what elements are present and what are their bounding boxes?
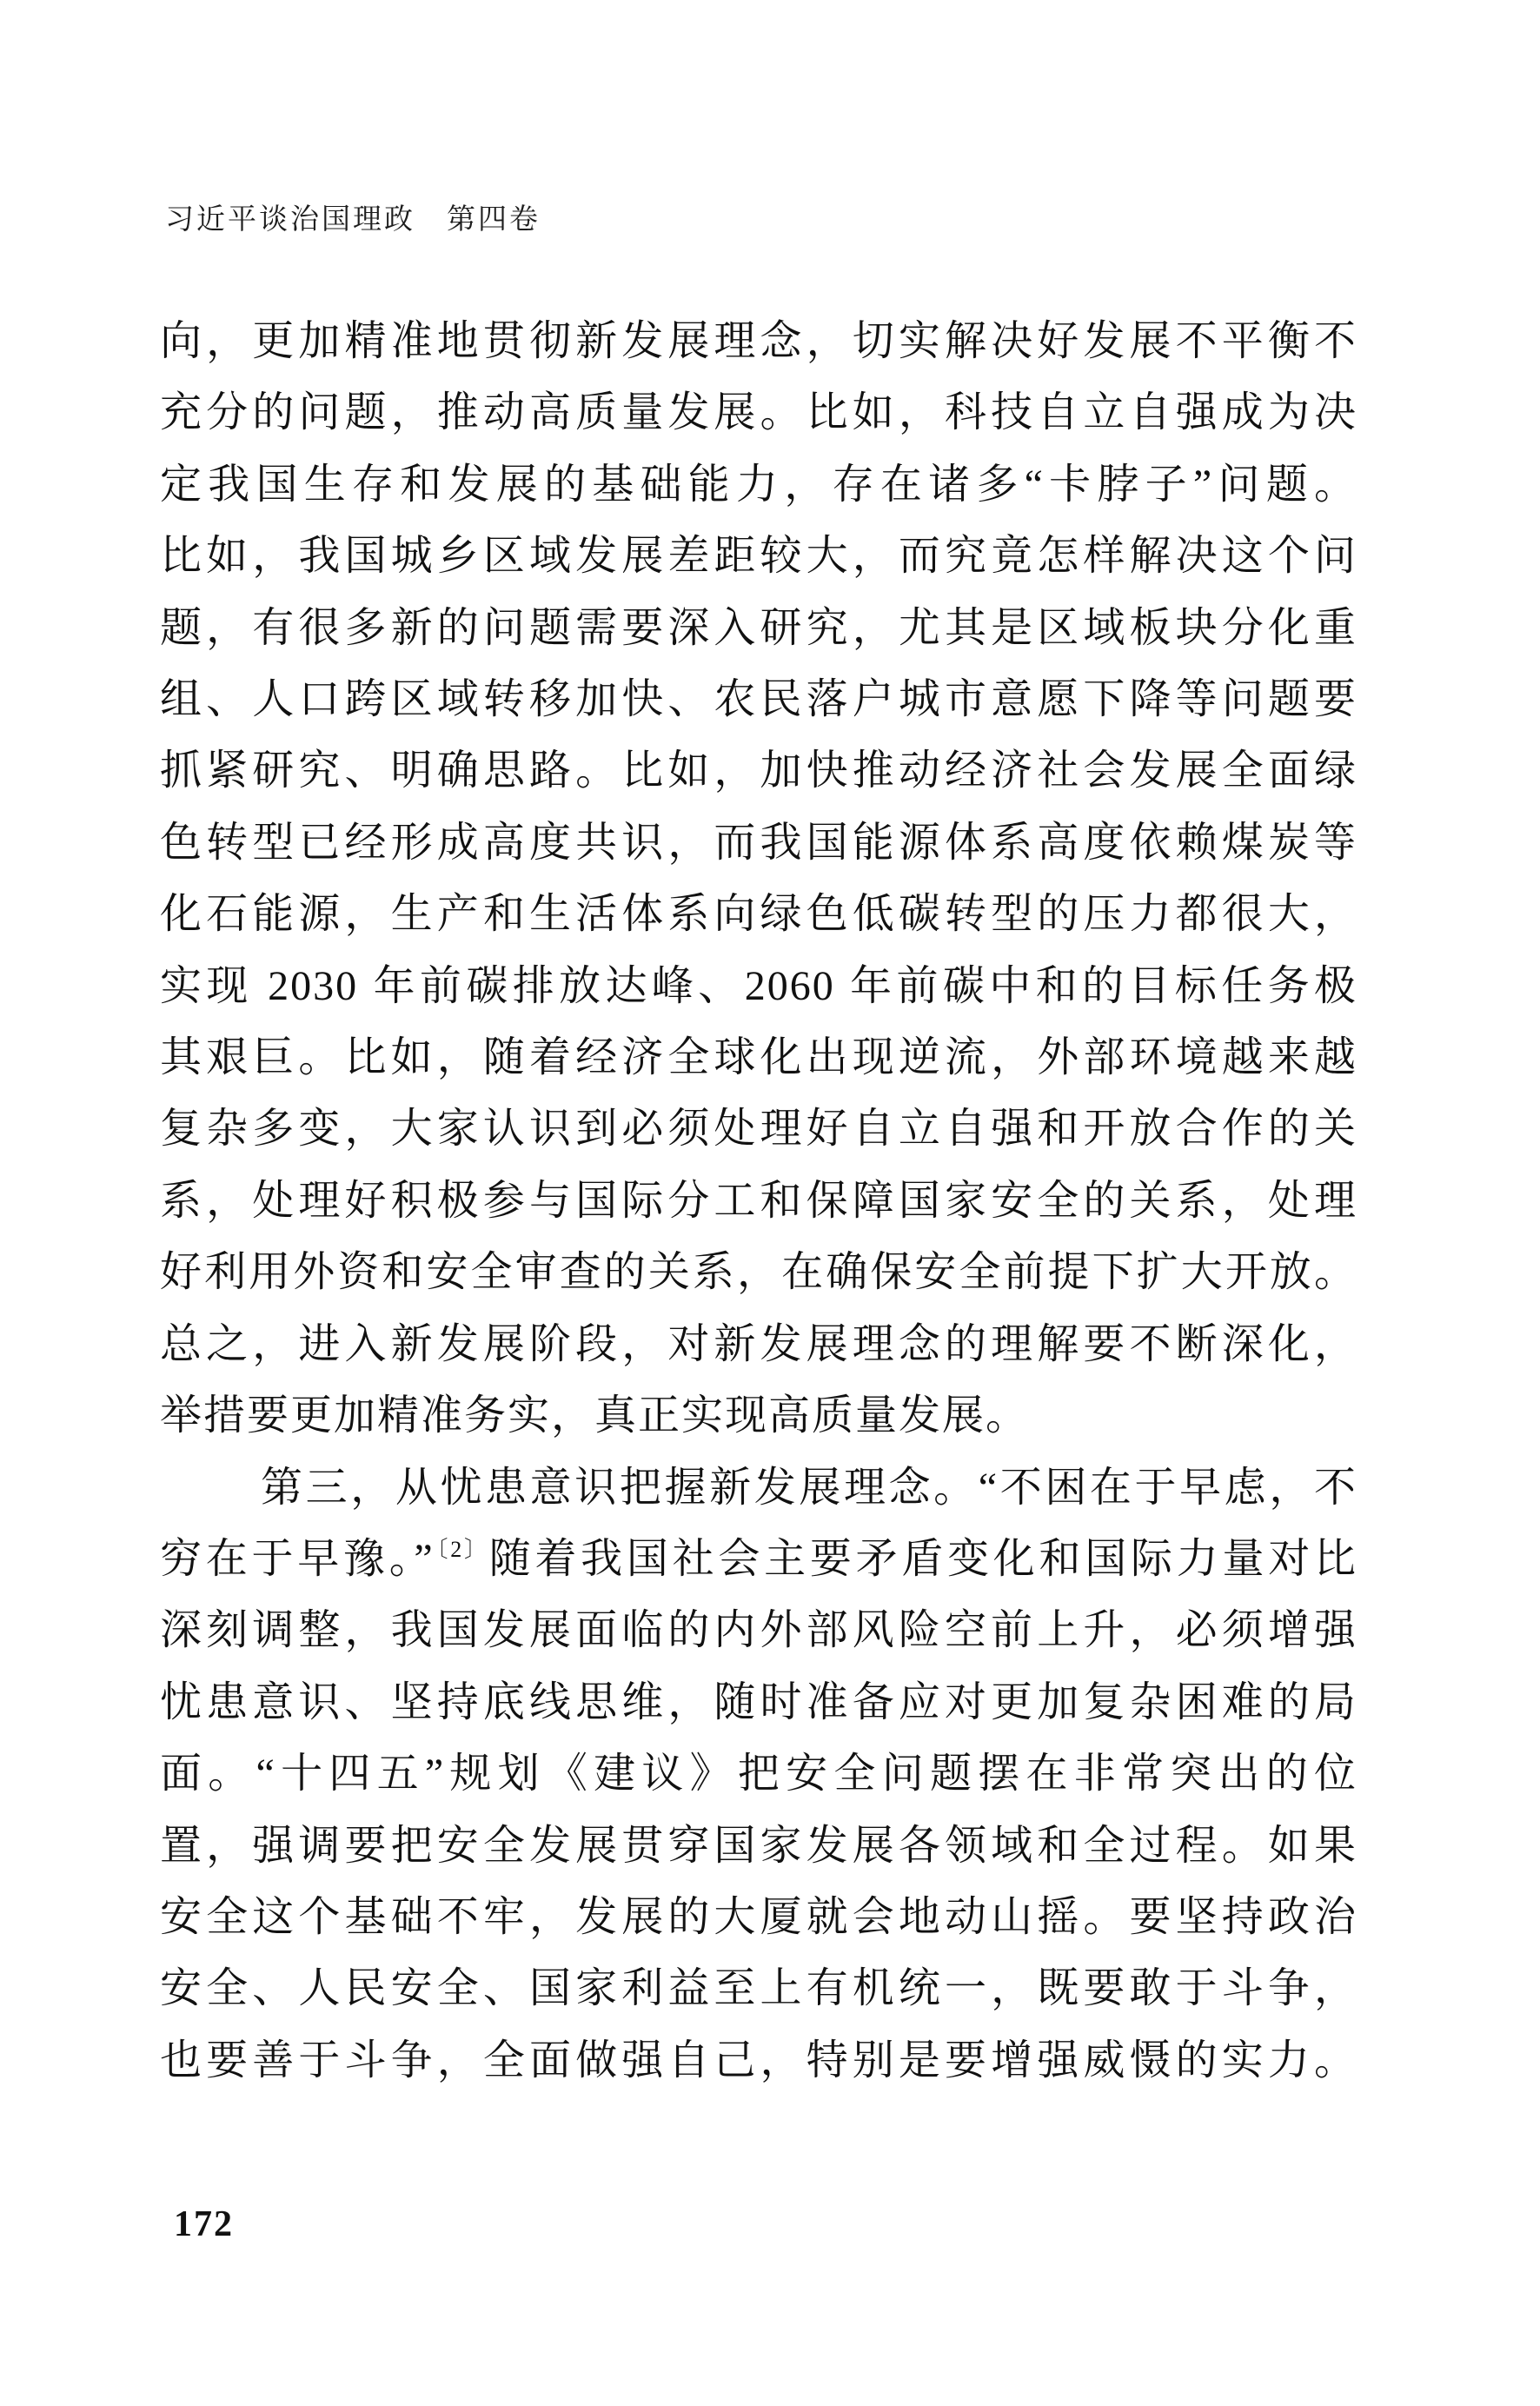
- text-line: 面。“十四五”规划《建议》把安全问题摆在非常突出的位: [160, 1738, 1357, 1810]
- text-segment: 比如，我国城乡区域发展差距较大，而究竟怎样解决这个问: [160, 533, 1357, 579]
- text-segment: 题，有很多新的问题需要深入研究，尤其是区域板块分化重: [160, 605, 1357, 651]
- text-line: 化石能源，生产和生活体系向绿色低碳转型的压力都很大，: [160, 879, 1357, 950]
- text-line: 好利用外资和安全审查的关系，在确保安全前提下扩大开放。: [160, 1237, 1357, 1308]
- text-line: 穷在于早豫。”〔2〕随着我国社会主要矛盾变化和国际力量对比: [160, 1524, 1357, 1595]
- text-line: 置，强调要把安全发展贯穿国家发展各领域和全过程。如果: [160, 1811, 1357, 1882]
- text-segment: 第三，从忧患意识把握新发展理念。“不困在于早虑，不: [261, 1465, 1357, 1511]
- book-page: 习近平谈治国理政 第四卷 向，更加精准地贯彻新发展理念，切实解决好发展不平衡不充…: [0, 0, 1540, 2406]
- text-segment: 深刻调整，我国发展面临的内外部风险空前上升，必须增强: [160, 1607, 1357, 1653]
- text-line: 总之，进入新发展阶段，对新发展理念的理解要不断深化，: [160, 1309, 1357, 1380]
- text-line: 复杂多变，大家认识到必须处理好自立自强和开放合作的关: [160, 1093, 1357, 1165]
- running-header: 习近平谈治国理政 第四卷: [165, 196, 541, 237]
- text-segment: 组、人口跨区域转移加快、农民落户城市意愿下降等问题要: [160, 676, 1357, 722]
- text-line: 安全这个基础不牢，发展的大厦就会地动山摇。要坚持政治: [160, 1882, 1357, 1953]
- text-line: 实现 2030 年前碳排放达峰、2060 年前碳中和的目标任务极: [160, 951, 1357, 1022]
- body-text: 向，更加精准地贯彻新发展理念，切实解决好发展不平衡不充分的问题，推动高质量发展。…: [160, 306, 1357, 2097]
- text-segment: 抓紧研究、明确思路。比如，加快推动经济社会发展全面绿: [160, 748, 1357, 794]
- text-line: 比如，我国城乡区域发展差距较大，而究竟怎样解决这个问: [160, 521, 1357, 592]
- text-segment: 也要善于斗争，全面做强自己，特别是要增强威慑的实力。: [160, 2037, 1357, 2084]
- text-line: 举措要更加精准务实，真正实现高质量发展。: [160, 1380, 1357, 1452]
- text-segment: 复杂多变，大家认识到必须处理好自立自强和开放合作的关: [160, 1106, 1357, 1152]
- text-line: 题，有很多新的问题需要深入研究，尤其是区域板块分化重: [160, 593, 1357, 664]
- text-segment: 安全这个基础不牢，发展的大厦就会地动山摇。要坚持政治: [160, 1894, 1357, 1940]
- text-segment: 好利用外资和安全审查的关系，在确保安全前提下扩大开放。: [160, 1249, 1357, 1295]
- text-line: 向，更加精准地贯彻新发展理念，切实解决好发展不平衡不: [160, 306, 1357, 377]
- text-line: 深刻调整，我国发展面临的内外部风险空前上升，必须增强: [160, 1595, 1357, 1666]
- text-line: 安全、人民安全、国家利益至上有机统一，既要敢于斗争，: [160, 1953, 1357, 2024]
- text-line: 定我国生存和发展的基础能力，存在诸多“卡脖子”问题。: [160, 449, 1357, 521]
- text-segment: 系，处理好积极参与国际分工和保障国家安全的关系，处理: [160, 1178, 1357, 1224]
- text-segment: 忧患意识、坚持底线思维，随时准备应对更加复杂困难的局: [160, 1679, 1357, 1725]
- text-segment: 随着我国社会主要矛盾变化和国际力量对比: [489, 1536, 1357, 1582]
- text-line: 第三，从忧患意识把握新发展理念。“不困在于早虑，不: [160, 1452, 1357, 1524]
- text-line: 系，处理好积极参与国际分工和保障国家安全的关系，处理: [160, 1166, 1357, 1237]
- text-segment: 举措要更加精准务实，真正实现高质量发展。: [160, 1392, 1029, 1439]
- text-segment: 安全、人民安全、国家利益至上有机统一，既要敢于斗争，: [160, 1965, 1357, 2011]
- text-segment: 穷在于早豫。”: [160, 1536, 435, 1582]
- text-segment: 定我国生存和发展的基础能力，存在诸多“卡脖子”问题。: [160, 462, 1357, 508]
- text-segment: 面。“十四五”规划《建议》把安全问题摆在非常突出的位: [160, 1751, 1357, 1797]
- text-segment: 置，强调要把安全发展贯穿国家发展各领域和全过程。如果: [160, 1823, 1357, 1869]
- text-line: 其艰巨。比如，随着经济全球化出现逆流，外部环境越来越: [160, 1022, 1357, 1093]
- text-line: 色转型已经形成高度共识，而我国能源体系高度依赖煤炭等: [160, 808, 1357, 879]
- page-number: 172: [174, 2203, 234, 2245]
- text-segment: 总之，进入新发展阶段，对新发展理念的理解要不断深化，: [160, 1321, 1357, 1367]
- text-line: 忧患意识、坚持底线思维，随时准备应对更加复杂困难的局: [160, 1667, 1357, 1738]
- text-segment: 充分的问题，推动高质量发展。比如，科技自立自强成为决: [160, 389, 1357, 435]
- text-segment: 色转型已经形成高度共识，而我国能源体系高度依赖煤炭等: [160, 820, 1357, 866]
- text-line: 组、人口跨区域转移加快、农民落户城市意愿下降等问题要: [160, 664, 1357, 735]
- text-line: 充分的问题，推动高质量发展。比如，科技自立自强成为决: [160, 377, 1357, 449]
- text-line: 也要善于斗争，全面做强自己，特别是要增强威慑的实力。: [160, 2025, 1357, 2097]
- text-segment: 向，更加精准地贯彻新发展理念，切实解决好发展不平衡不: [160, 318, 1357, 364]
- text-segment: 实现 2030 年前碳排放达峰、2060 年前碳中和的目标任务极: [160, 963, 1357, 1009]
- text-line: 抓紧研究、明确思路。比如，加快推动经济社会发展全面绿: [160, 735, 1357, 807]
- footnote-ref: 〔2〕: [435, 1537, 489, 1562]
- text-segment: 其艰巨。比如，随着经济全球化出现逆流，外部环境越来越: [160, 1034, 1357, 1080]
- text-segment: 化石能源，生产和生活体系向绿色低碳转型的压力都很大，: [160, 891, 1357, 937]
